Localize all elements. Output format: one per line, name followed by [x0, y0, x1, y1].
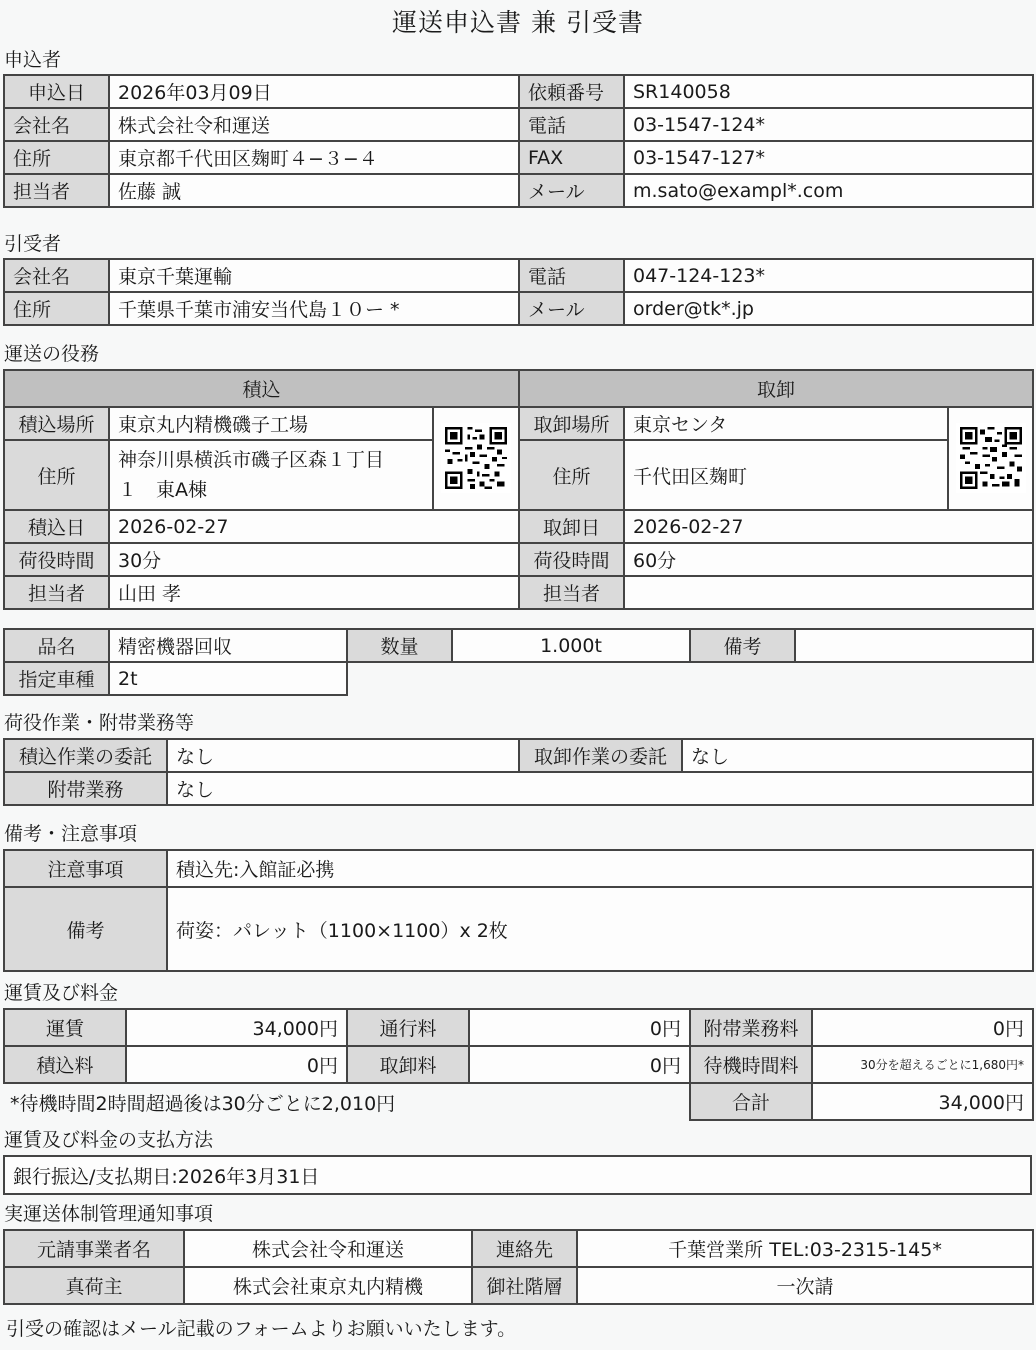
label-fax: FAX — [519, 141, 624, 174]
table-row: 住所 東京都千代田区麹町４−３−４ FAX 03-1547-127* — [4, 141, 1033, 174]
table-row: 附帯業務 なし — [4, 772, 1033, 805]
footer-note: 引受の確認はメール記載のフォームよりお願いいたします。 — [6, 1314, 516, 1341]
label-prime-contractor: 元請事業者名 — [4, 1230, 184, 1267]
section-acceptor-heading: 引受者 — [4, 232, 61, 256]
payment-table: 銀行振込/支払期日:2026年3月31日 — [3, 1155, 1032, 1195]
label-fare: 運賃 — [4, 1009, 126, 1046]
label-loading-fee: 積込料 — [4, 1046, 126, 1083]
incidental-work: なし — [167, 772, 1033, 805]
applicant-address: 東京都千代田区麹町４−３−４ — [109, 141, 519, 174]
service-table: 積込 取卸 積込場所 東京丸内精機磯子工場 取卸場所 東京センタ — [3, 369, 1034, 610]
unloading-qr-cell — [948, 407, 1033, 510]
table-row: 積込場所 東京丸内精機磯子工場 取卸場所 東京センタ — [4, 407, 1033, 440]
label-loading-date: 積込日 — [4, 510, 109, 543]
label-loading-outsourcing: 積込作業の委託 — [4, 739, 167, 772]
goods-name: 精密機器回収 — [109, 629, 347, 662]
incidental-fee: 0円 — [812, 1009, 1033, 1046]
table-row: 会社名 東京千葉運輸 電話 047-124-123* — [4, 259, 1033, 292]
structure-table: 元請事業者名 株式会社令和運送 連絡先 千葉営業所 TEL:03-2315-14… — [3, 1229, 1034, 1305]
label-unloading-date: 取卸日 — [519, 510, 624, 543]
label-toll: 通行料 — [347, 1009, 469, 1046]
label-tier: 御社階層 — [472, 1267, 577, 1304]
label-loading-time: 荷役時間 — [4, 543, 109, 576]
qr-code-icon[interactable] — [441, 423, 511, 493]
section-service-heading: 運送の役務 — [4, 342, 99, 366]
page-title: 運送申込書 兼 引受書 — [0, 6, 1036, 40]
table-row: 品名 精密機器回収 数量 1.000t 備考 — [4, 629, 1033, 662]
loading-place: 東京丸内精機磯子工場 — [109, 407, 433, 440]
unloading-header: 取卸 — [519, 370, 1033, 407]
applicant-fax: 03-1547-127* — [624, 141, 1033, 174]
unloading-time: 60分 — [624, 543, 1033, 576]
tier: 一次請 — [577, 1267, 1033, 1304]
table-row: 住所 千葉県千葉市浦安当代島１０ー * メール order@tk*.jp — [4, 292, 1033, 325]
label-address: 住所 — [4, 292, 109, 325]
table-row: *待機時間2時間超過後は30分ごとに2,010円 合計 34,000円 — [4, 1083, 1033, 1120]
label-unloading-place: 取卸場所 — [519, 407, 624, 440]
label-quantity: 数量 — [347, 629, 452, 662]
acceptor-address: 千葉県千葉市浦安当代島１０ー * — [109, 292, 519, 325]
notes-table: 注意事項 積込先:入館証必携 備考 荷姿：パレット（1100×1100）x 2枚 — [3, 849, 1034, 972]
table-row: 荷役時間 30分 荷役時間 60分 — [4, 543, 1033, 576]
section-fees-heading: 運賃及び料金 — [4, 981, 118, 1005]
acceptor-table: 会社名 東京千葉運輸 電話 047-124-123* 住所 千葉県千葉市浦安当代… — [3, 258, 1034, 326]
label-incidental-work: 附帯業務 — [4, 772, 167, 805]
prime-contractor: 株式会社令和運送 — [184, 1230, 472, 1267]
unloading-person — [624, 576, 1033, 609]
label-company: 会社名 — [4, 108, 109, 141]
unloading-date: 2026-02-27 — [624, 510, 1033, 543]
goods-table: 品名 精密機器回収 数量 1.000t 備考 指定車種 2t — [3, 628, 1034, 696]
label-incidental-fee: 附帯業務料 — [690, 1009, 812, 1046]
label-unloading-address: 住所 — [519, 440, 624, 510]
loading-qr-cell — [433, 407, 519, 510]
section-notes-heading: 備考・注意事項 — [4, 822, 137, 846]
label-email: メール — [519, 174, 624, 207]
applicant-company: 株式会社令和運送 — [109, 108, 519, 141]
table-row: 積込 取卸 — [4, 370, 1033, 407]
label-email: メール — [519, 292, 624, 325]
label-unloading-person: 担当者 — [519, 576, 624, 609]
unloading-outsourcing: なし — [682, 739, 1033, 772]
table-row: 元請事業者名 株式会社令和運送 連絡先 千葉営業所 TEL:03-2315-14… — [4, 1230, 1033, 1267]
label-true-shipper: 真荷主 — [4, 1267, 184, 1304]
label-remarks: 備考 — [4, 887, 167, 971]
table-row: 申込日 2026年03月09日 依頼番号 SR140058 — [4, 75, 1033, 108]
applicant-email[interactable]: m.sato@exampl*.com — [624, 174, 1033, 207]
applicant-phone: 03-1547-124* — [624, 108, 1033, 141]
table-row: 担当者 山田 孝 担当者 — [4, 576, 1033, 609]
label-vehicle-type: 指定車種 — [4, 662, 109, 695]
unloading-fee: 0円 — [469, 1046, 690, 1083]
application-date: 2026年03月09日 — [109, 75, 519, 108]
table-row: 積込料 0円 取卸料 0円 待機時間料 30分を超えるごとに1,680円* — [4, 1046, 1033, 1083]
fare: 34,000円 — [126, 1009, 347, 1046]
section-applicant-heading: 申込者 — [4, 48, 61, 72]
goods-remarks — [795, 629, 1033, 662]
total: 34,000円 — [812, 1083, 1033, 1120]
label-unloading-fee: 取卸料 — [347, 1046, 469, 1083]
handling-table: 積込作業の委託 なし 取卸作業の委託 なし 附帯業務 なし — [3, 738, 1034, 806]
quantity: 1.000t — [452, 629, 690, 662]
label-application-date: 申込日 — [4, 75, 109, 108]
loading-header: 積込 — [4, 370, 519, 407]
waiting-fee-footnote: *待機時間2時間超過後は30分ごとに2,010円 — [4, 1083, 690, 1120]
table-row: 会社名 株式会社令和運送 電話 03-1547-124* — [4, 108, 1033, 141]
section-structure-heading: 実運送体制管理通知事項 — [4, 1202, 213, 1226]
label-loading-place: 積込場所 — [4, 407, 109, 440]
loading-outsourcing: なし — [167, 739, 519, 772]
table-row: 運賃 34,000円 通行料 0円 附帯業務料 0円 — [4, 1009, 1033, 1046]
loading-person: 山田 孝 — [109, 576, 519, 609]
section-handling-heading: 荷役作業・附帯業務等 — [4, 711, 194, 735]
label-unloading-time: 荷役時間 — [519, 543, 624, 576]
remarks: 荷姿：パレット（1100×1100）x 2枚 — [167, 887, 1033, 971]
request-number: SR140058 — [624, 75, 1033, 108]
label-goods-name: 品名 — [4, 629, 109, 662]
unloading-address: 千代田区麹町 — [624, 440, 948, 510]
table-row: 積込作業の委託 なし 取卸作業の委託 なし — [4, 739, 1033, 772]
acceptor-email[interactable]: order@tk*.jp — [624, 292, 1033, 325]
table-row: 担当者 佐藤 誠 メール m.sato@exampl*.com — [4, 174, 1033, 207]
label-request-number: 依頼番号 — [519, 75, 624, 108]
label-caution: 注意事項 — [4, 850, 167, 887]
label-phone: 電話 — [519, 108, 624, 141]
table-row: 注意事項 積込先:入館証必携 — [4, 850, 1033, 887]
label-contact: 連絡先 — [472, 1230, 577, 1267]
true-shipper: 株式会社東京丸内精機 — [184, 1267, 472, 1304]
loading-fee: 0円 — [126, 1046, 347, 1083]
loading-address: 神奈川県横浜市磯子区森１丁目 １ 東A棟 — [109, 440, 433, 510]
label-loading-person: 担当者 — [4, 576, 109, 609]
table-row: 住所 神奈川県横浜市磯子区森１丁目 １ 東A棟 住所 千代田区麹町 — [4, 440, 1033, 510]
toll: 0円 — [469, 1009, 690, 1046]
label-goods-remarks: 備考 — [690, 629, 795, 662]
table-row: 積込日 2026-02-27 取卸日 2026-02-27 — [4, 510, 1033, 543]
applicant-table: 申込日 2026年03月09日 依頼番号 SR140058 会社名 株式会社令和… — [3, 74, 1034, 208]
loading-address-line1: 神奈川県横浜市磯子区森１丁目 — [118, 445, 424, 475]
contact: 千葉営業所 TEL:03-2315-145* — [577, 1230, 1033, 1267]
label-company: 会社名 — [4, 259, 109, 292]
qr-code-icon[interactable] — [956, 423, 1026, 493]
unloading-place: 東京センタ — [624, 407, 948, 440]
label-phone: 電話 — [519, 259, 624, 292]
label-total: 合計 — [690, 1083, 812, 1120]
table-row: 備考 荷姿：パレット（1100×1100）x 2枚 — [4, 887, 1033, 971]
label-address: 住所 — [4, 141, 109, 174]
section-payment-heading: 運賃及び料金の支払方法 — [4, 1128, 213, 1152]
acceptor-company: 東京千葉運輸 — [109, 259, 519, 292]
label-loading-address: 住所 — [4, 440, 109, 510]
label-waiting-fee: 待機時間料 — [690, 1046, 812, 1083]
acceptor-phone: 047-124-123* — [624, 259, 1033, 292]
loading-date: 2026-02-27 — [109, 510, 519, 543]
vehicle-type: 2t — [109, 662, 347, 695]
label-person: 担当者 — [4, 174, 109, 207]
waiting-fee: 30分を超えるごとに1,680円* — [812, 1046, 1033, 1083]
label-unloading-outsourcing: 取卸作業の委託 — [519, 739, 682, 772]
loading-address-line2: １ 東A棟 — [118, 475, 424, 505]
applicant-person: 佐藤 誠 — [109, 174, 519, 207]
table-row: 指定車種 2t — [4, 662, 1033, 695]
caution: 積込先:入館証必携 — [167, 850, 1033, 887]
table-row: 銀行振込/支払期日:2026年3月31日 — [4, 1156, 1031, 1194]
payment-method: 銀行振込/支払期日:2026年3月31日 — [4, 1156, 1031, 1194]
table-row: 真荷主 株式会社東京丸内精機 御社階層 一次請 — [4, 1267, 1033, 1304]
fees-table: 運賃 34,000円 通行料 0円 附帯業務料 0円 積込料 0円 取卸料 0円… — [3, 1008, 1034, 1121]
loading-time: 30分 — [109, 543, 519, 576]
